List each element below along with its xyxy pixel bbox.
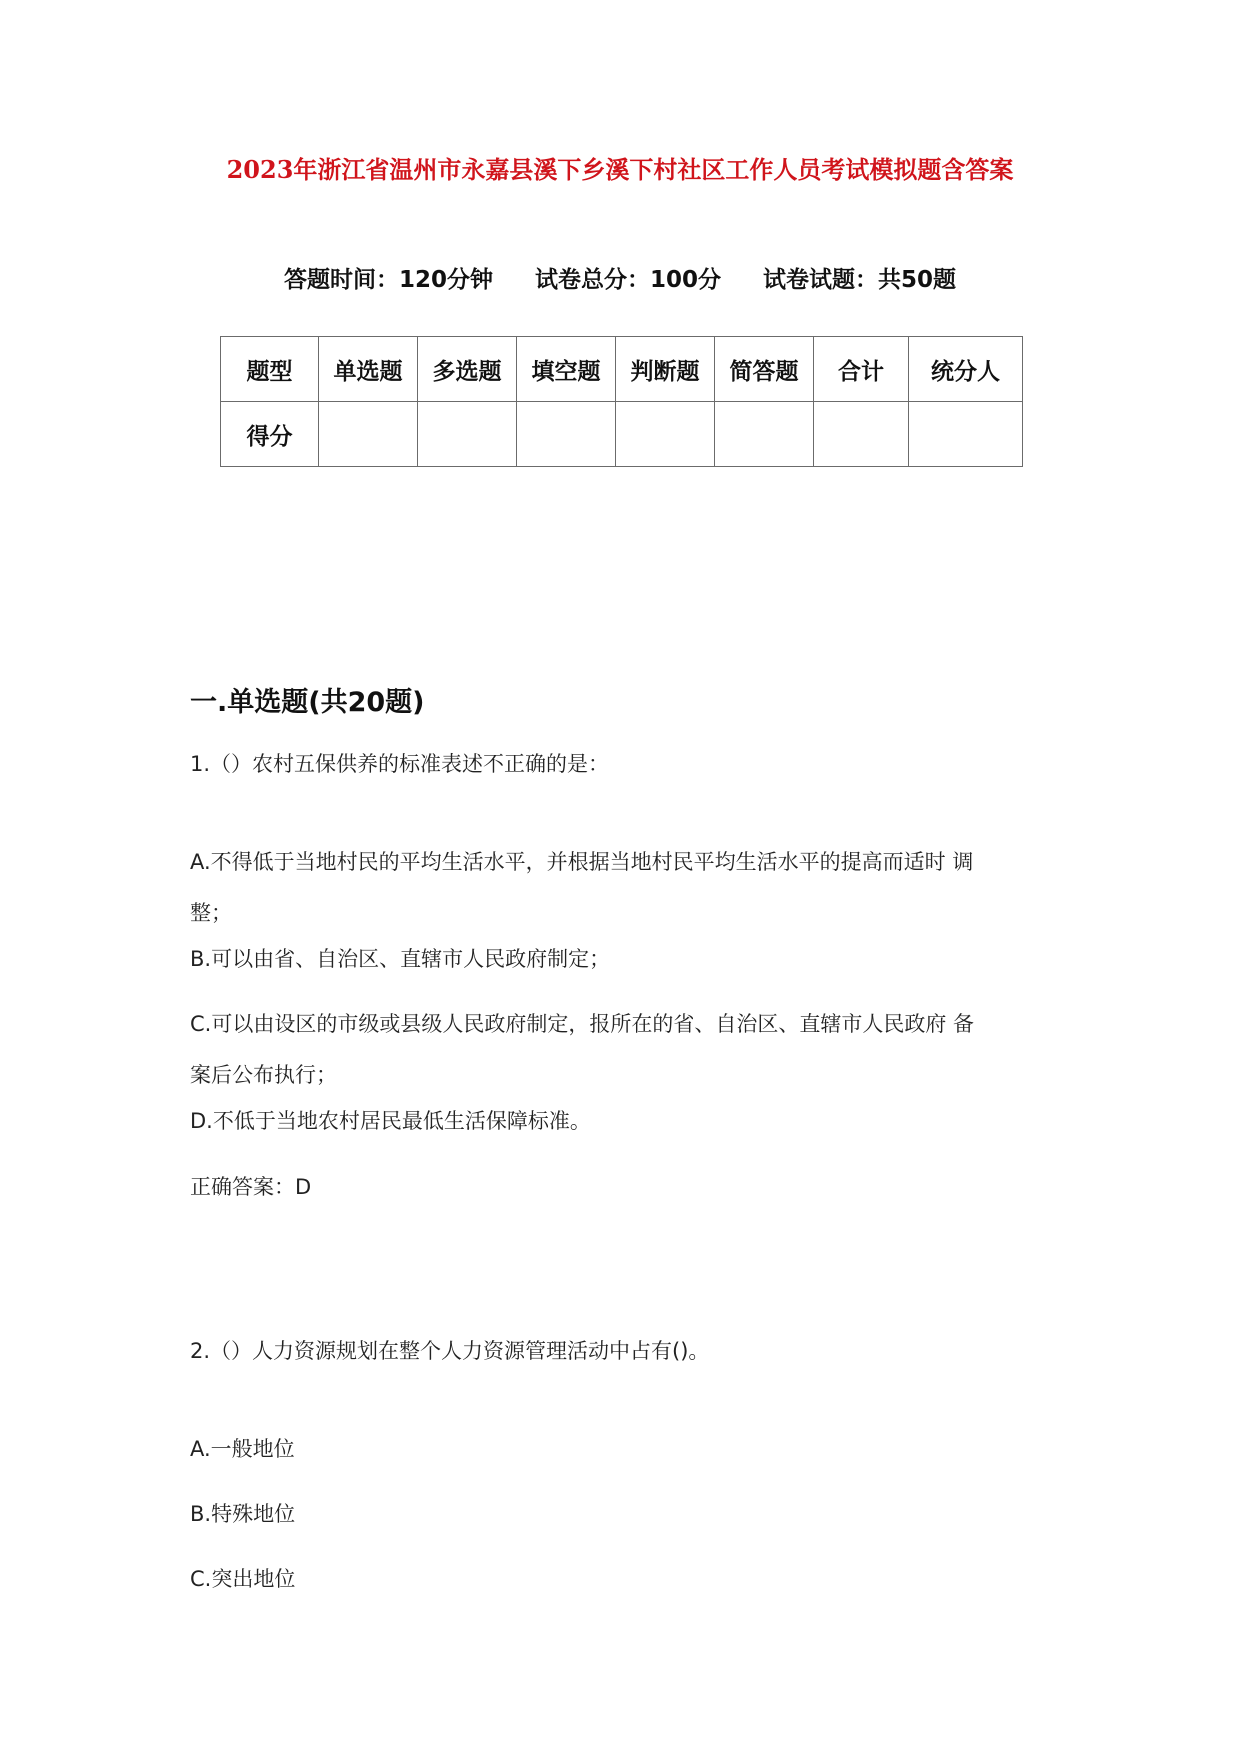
header-cell-multi-choice: 多选题 [418,337,517,402]
header-cell-true-false: 判断题 [616,337,715,402]
score-cell-single-choice [319,402,418,467]
score-cell-total [814,402,909,467]
header-cell-single-choice: 单选题 [319,337,418,402]
score-table: 题型 单选题 多选题 填空题 判断题 简答题 合计 统分人 得分 [220,336,1023,467]
score-cell-scorer [909,402,1023,467]
option-c: C.可以由设区的市级或县级人民政府制定，报所在的省、自治区、直辖市人民政府 备 [190,1008,974,1038]
header-cell-fill-blank: 填空题 [517,337,616,402]
score-cell-short-answer [715,402,814,467]
header-cell-total: 合计 [814,337,909,402]
section-heading: 一.单选题(共20题) [190,680,425,719]
option-c: C.突出地位 [190,1563,295,1593]
row-label-score: 得分 [221,402,319,467]
option-a: A.一般地位 [190,1433,295,1463]
document-title: 2023年浙江省温州市永嘉县溪下乡溪下村社区工作人员考试模拟题含答案 [0,150,1240,185]
score-table-header-row: 题型 单选题 多选题 填空题 判断题 简答题 合计 统分人 [221,337,1023,402]
score-table-score-row: 得分 [221,402,1023,467]
option-a-continued: 整； [190,897,232,927]
exam-total-score: 试卷总分：100分 [535,267,721,293]
exam-time: 答题时间：120分钟 [284,267,493,293]
correct-answer: 正确答案：D [190,1171,311,1201]
score-cell-true-false [616,402,715,467]
option-b: B.特殊地位 [190,1498,295,1528]
header-cell-scorer: 统分人 [909,337,1023,402]
header-cell-short-answer: 简答题 [715,337,814,402]
option-b: B.可以由省、自治区、直辖市人民政府制定； [190,943,610,973]
question-stem: 1.（）农村五保供养的标准表述不正确的是： [190,748,609,778]
option-d: D.不低于当地农村居民最低生活保障标准。 [190,1105,591,1135]
exam-meta: 答题时间：120分钟 试卷总分：100分 试卷试题：共50题 [0,261,1240,294]
option-a: A.不得低于当地村民的平均生活水平，并根据当地村民平均生活水平的提高而适时 调 [190,846,973,876]
header-cell-type: 题型 [221,337,319,402]
score-cell-fill-blank [517,402,616,467]
option-c-continued: 案后公布执行； [190,1059,337,1089]
score-cell-multi-choice [418,402,517,467]
question-stem: 2.（）人力资源规划在整个人力资源管理活动中占有()。 [190,1335,709,1365]
exam-question-count: 试卷试题：共50题 [763,267,956,293]
